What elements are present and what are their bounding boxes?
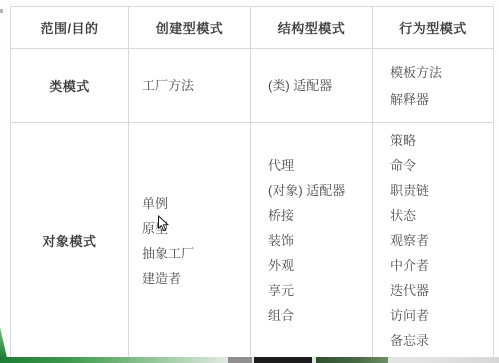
taskbar-item-sliver (254, 357, 312, 363)
cell-class-behavioral: 模板方法 解释器 (373, 49, 493, 123)
pattern-name: (类) 适配器 (268, 72, 332, 99)
desktop-bottom-sliver (0, 357, 499, 363)
pattern-name: 观察者 (390, 228, 429, 253)
table-row-class-patterns: 类模式 工厂方法 (类) 适配器 模板方法 解释器 (11, 49, 493, 123)
pattern-name: 抽象工厂 (142, 241, 194, 266)
pattern-name: 解释器 (390, 86, 429, 113)
pattern-name: 外观 (268, 253, 294, 278)
pattern-name: 职责链 (390, 178, 429, 203)
screen-edge-artifact (0, 9, 3, 13)
taskbar-item-sliver (228, 357, 252, 363)
column-header-scope: 范围/目的 (11, 7, 129, 49)
taskbar-item-sliver (316, 357, 388, 363)
pattern-name: 策略 (390, 128, 416, 153)
pattern-name: 迭代器 (390, 278, 429, 303)
pattern-name: (对象) 适配器 (268, 178, 345, 203)
desktop-corner-sliver (0, 327, 7, 358)
column-header-structural: 结构型模式 (251, 7, 373, 49)
pattern-name: 访问者 (390, 303, 429, 328)
table-row-object-patterns: 对象模式 单例 原型 抽象工厂 建造者 代理 (对象) 适配器 桥接 装饰 外观… (11, 123, 493, 358)
pattern-name: 单例 (142, 191, 168, 216)
row-label-class-patterns: 类模式 (11, 49, 129, 123)
pattern-name: 代理 (268, 153, 294, 178)
pattern-name: 模板方法 (390, 59, 442, 86)
pattern-name: 命令 (390, 153, 416, 178)
mouse-cursor-icon (157, 215, 170, 232)
pattern-name: 装饰 (268, 228, 294, 253)
cell-class-structural: (类) 适配器 (251, 49, 373, 123)
cell-object-creational: 单例 原型 抽象工厂 建造者 (129, 123, 251, 358)
pattern-name: 桥接 (268, 203, 294, 228)
pattern-name: 工厂方法 (142, 72, 194, 99)
column-header-behavioral: 行为型模式 (373, 7, 493, 49)
column-header-creational: 创建型模式 (129, 7, 251, 49)
cell-object-behavioral: 策略 命令 职责链 状态 观察者 中介者 迭代器 访问者 备忘录 (373, 123, 493, 358)
pattern-name: 备忘录 (390, 328, 429, 353)
pattern-name: 中介者 (390, 253, 429, 278)
design-patterns-table: 范围/目的 创建型模式 结构型模式 行为型模式 类模式 工厂方法 (类) 适配器… (10, 6, 494, 359)
pattern-name: 状态 (390, 203, 416, 228)
table-header-row: 范围/目的 创建型模式 结构型模式 行为型模式 (11, 7, 493, 49)
cell-object-structural: 代理 (对象) 适配器 桥接 装饰 外观 享元 组合 (251, 123, 373, 358)
cell-class-creational: 工厂方法 (129, 49, 251, 123)
row-label-object-patterns: 对象模式 (11, 123, 129, 358)
pattern-name: 组合 (268, 303, 294, 328)
pattern-name: 建造者 (142, 266, 181, 291)
pattern-name: 享元 (268, 278, 294, 303)
